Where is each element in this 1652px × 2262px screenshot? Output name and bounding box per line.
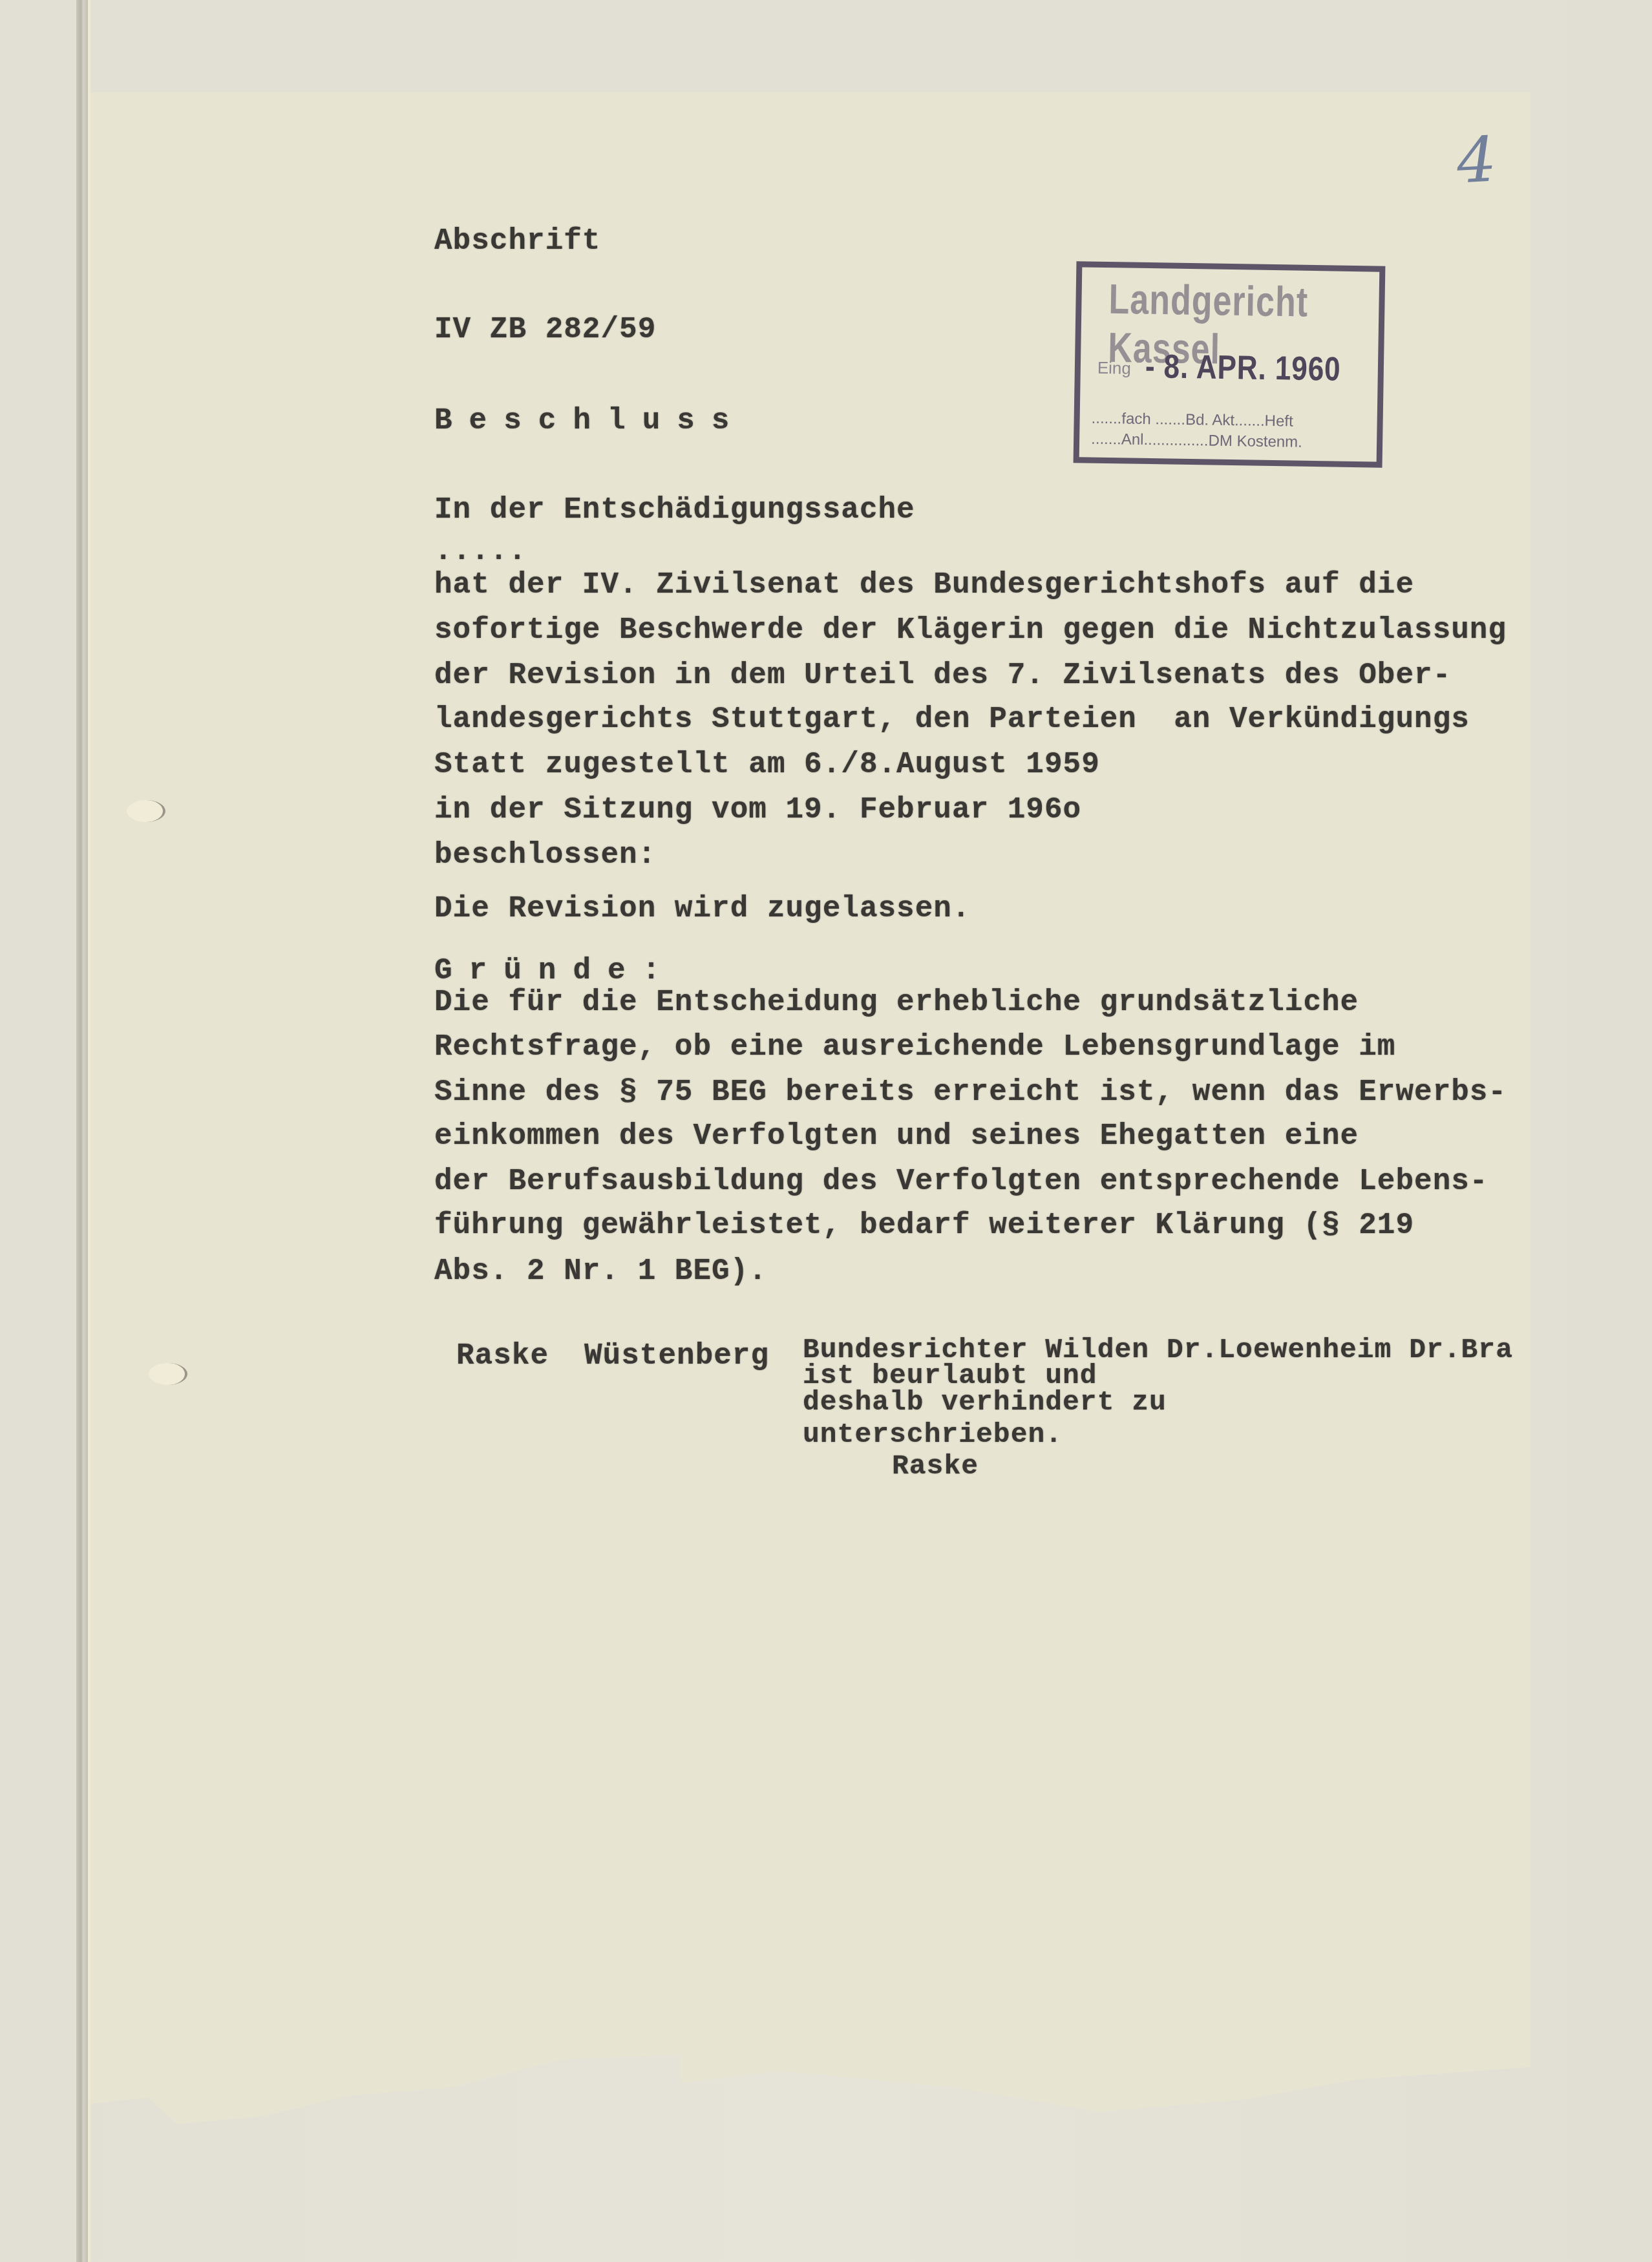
signature-judge-2: Wüstenberg <box>584 1341 769 1371</box>
body-line: Statt zugestellt am 6./8.August 1959 <box>434 750 1100 779</box>
reasons-line: einkommen des Verfolgten und seines Eheg… <box>434 1121 1359 1151</box>
body-line: der Revision in dem Urteil des 7. Zivils… <box>434 661 1451 690</box>
redacted-party: ..... <box>434 536 527 566</box>
reasons-line: Rechtsfrage, ob eine ausreichende Lebens… <box>434 1032 1395 1062</box>
absence-note-line: unterschrieben. <box>803 1421 1063 1448</box>
received-stamp: Landgericht Kassel Eing - 8. APR. 1960 .… <box>1074 261 1386 467</box>
reasons-line: Die für die Entscheidung erhebliche grun… <box>434 988 1359 1017</box>
case-intro: In der Entschädigungssache <box>434 495 915 525</box>
body-line: hat der IV. Zivilsenat des Bundesgericht… <box>434 570 1414 600</box>
document-title: Beschluss <box>434 406 746 436</box>
decided-label: beschlossen: <box>434 840 656 870</box>
copy-label: Abschrift <box>434 226 600 256</box>
punch-hole-top <box>127 800 165 822</box>
binder-rail <box>76 0 88 2262</box>
binder-rail-edge <box>88 0 90 2262</box>
reasons-heading: Gründe: <box>434 956 677 986</box>
body-line: sofortige Beschwerde der Klägerin gegen … <box>434 615 1507 645</box>
body-line: landesgerichts Stuttgart, den Parteien a… <box>434 704 1470 734</box>
stamp-received-label: Eing <box>1097 358 1132 379</box>
body-line: in der Sitzung vom 19. Februar 196o <box>434 795 1081 825</box>
reasons-line: Sinne des § 75 BEG bereits erreicht ist,… <box>434 1077 1507 1107</box>
stamp-row-2: .......Anl...............DM Kostenm. <box>1091 430 1302 452</box>
absence-note-line: ist beurlaubt und <box>803 1362 1097 1390</box>
reasons-line: führung gewährleistet, bedarf weiterer K… <box>434 1210 1414 1240</box>
absence-note-signer: Raske <box>892 1452 979 1480</box>
stamp-row-1: .......fach .......Bd. Akt.......Heft <box>1091 410 1293 431</box>
handwritten-page-number: 4 <box>1455 123 1498 197</box>
punch-hole-bottom <box>149 1363 187 1385</box>
case-number: IV ZB 282/59 <box>434 315 656 344</box>
signature-judge-1: Raske <box>456 1341 549 1371</box>
folder-top-area <box>90 0 1530 92</box>
decision-text: Die Revision wird zugelassen. <box>434 894 971 924</box>
reasons-line: der Berufsausbildung des Verfolgten ents… <box>434 1167 1488 1196</box>
absence-note-line: deshalb verhindert zu <box>803 1388 1167 1416</box>
reasons-line: Abs. 2 Nr. 1 BEG). <box>434 1256 767 1286</box>
stamp-received-date: - 8. APR. 1960 <box>1145 347 1341 389</box>
